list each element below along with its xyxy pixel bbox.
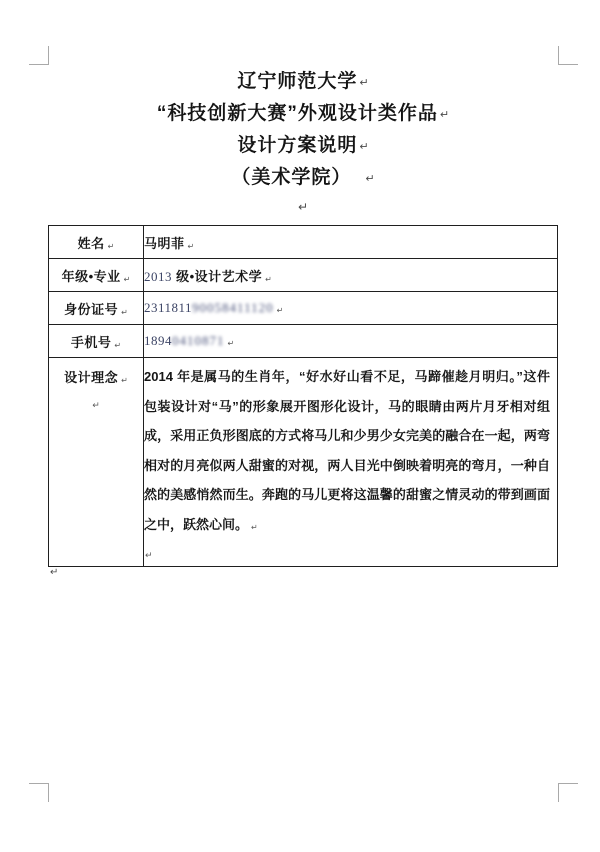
cell-end-mark-icon: ↵ [114,341,121,350]
phone-label-cell: 手机号↵ [49,325,144,358]
title-text-subject: 设计方案说明 [237,135,357,156]
cell-end-mark-icon: ↵ [121,376,128,385]
table-row-design-concept: 设计理念↵ ↵ 2014 年是属马的生肖年，“好水好山看不足，马蹄催趁月明归。”… [49,358,558,567]
info-table: 姓名↵ 马明菲↵ 年级•专业↵ 2013 级•设计艺术学↵ 身份证号↵ 2311… [48,225,558,567]
title-text-college: （美术学院） [231,167,351,188]
title-line-subject: 设计方案说明↵ [48,130,558,162]
crop-mark-bottom-right [558,783,578,802]
concept-text-line: 包装设计对“马”的形象展开图形化设计，马的眼睛由两片月牙相对组 [144,392,550,422]
concept-text-last: 之中，跃然心间。 [144,517,248,532]
paragraph-mark-icon: ↵ [365,173,374,185]
crop-mark-top-left [29,46,49,65]
cell-end-mark-icon: ↵ [228,339,235,348]
cell-end-mark-icon: ↵ [124,275,131,284]
concept-text-line: 之中，跃然心间。↵ [144,510,550,543]
id-value-cell: 231181190058411120↵ [144,292,558,325]
label-empty-paragraph: ↵ [49,395,143,411]
phone-number-visible: 1894 [144,333,172,348]
concept-text-line: 2014 年是属马的生肖年，“好水好山看不足，马蹄催趁月明归。”这件 [144,362,550,392]
id-number-redacted: 90058411120 [192,300,274,315]
id-number-visible: 2311811 [144,300,192,315]
table-row-phone: 手机号↵ 18940410871↵ [49,325,558,358]
paragraph-mark-icon: ↵ [145,550,153,560]
grade-major-text: 级•设计艺术学 [172,269,262,284]
concept-label: 设计理念 [64,370,118,385]
concept-value-cell: 2014 年是属马的生肖年，“好水好山看不足，马蹄催趁月明归。”这件 包装设计对… [144,358,558,567]
cell-end-mark-icon: ↵ [108,242,115,251]
crop-mark-top-right [558,46,578,65]
grade-label: 年级•专业 [62,269,121,284]
table-row-name: 姓名↵ 马明菲↵ [49,226,558,259]
title-text-contest: “科技创新大赛”外观设计类作品 [157,103,438,124]
id-label: 身份证号 [64,302,118,317]
cell-end-mark-icon: ↵ [277,306,284,315]
id-label-cell: 身份证号↵ [49,292,144,325]
document-title-block: 辽宁师范大学↵ “科技创新大赛”外观设计类作品↵ 设计方案说明↵ （美术学院）↵ [48,66,558,194]
grade-value-cell: 2013 级•设计艺术学↵ [144,259,558,292]
document-page: 辽宁师范大学↵ “科技创新大赛”外观设计类作品↵ 设计方案说明↵ （美术学院）↵… [0,0,600,852]
paragraph-mark-icon: ↵ [298,200,308,214]
name-label-cell: 姓名↵ [49,226,144,259]
grade-year-number: 2013 [144,269,172,284]
grade-label-cell: 年级•专业↵ [49,259,144,292]
cell-end-mark-icon: ↵ [188,242,195,251]
title-line-university: 辽宁师范大学↵ [48,66,558,98]
table-row-id-number: 身份证号↵ 231181190058411120↵ [49,292,558,325]
title-line-contest: “科技创新大赛”外观设计类作品↵ [48,98,558,130]
concept-text-line: 相对的月亮似两人甜蜜的对视，两人目光中倒映着明亮的弯月，一种自 [144,451,550,481]
concept-text-line: 成，采用正负形图底的方式将马儿和少男少女完美的融合在一起，两弯 [144,421,550,451]
paragraph-mark-icon: ↵ [359,141,368,153]
paragraph-mark-icon: ↵ [50,567,58,578]
paragraph-mark-icon: ↵ [92,400,100,410]
name-value: 马明菲 [144,236,185,251]
concept-label-cell: 设计理念↵ ↵ [49,358,144,567]
cell-end-mark-icon: ↵ [251,523,258,532]
name-label: 姓名 [78,236,105,251]
cell-empty-paragraph: ↵ [144,542,550,566]
title-line-college: （美术学院）↵ [48,162,558,194]
paragraph-mark-icon: ↵ [440,109,449,121]
phone-label: 手机号 [71,335,112,350]
concept-text-line: 然的美感悄然而生。奔跑的马儿更将这温馨的甜蜜之情灵动的带到画面 [144,480,550,510]
crop-mark-bottom-left [29,783,49,802]
cell-end-mark-icon: ↵ [265,275,272,284]
phone-number-redacted: 0410871 [172,333,225,348]
table-row-grade-major: 年级•专业↵ 2013 级•设计艺术学↵ [49,259,558,292]
phone-value-cell: 18940410871↵ [144,325,558,358]
name-value-cell: 马明菲↵ [144,226,558,259]
title-text-university: 辽宁师范大学 [237,71,357,92]
cell-end-mark-icon: ↵ [121,308,128,317]
paragraph-mark-icon: ↵ [359,77,368,89]
after-table-paragraph-mark: ↵ [50,567,58,578]
empty-paragraph: ↵ [48,193,558,221]
